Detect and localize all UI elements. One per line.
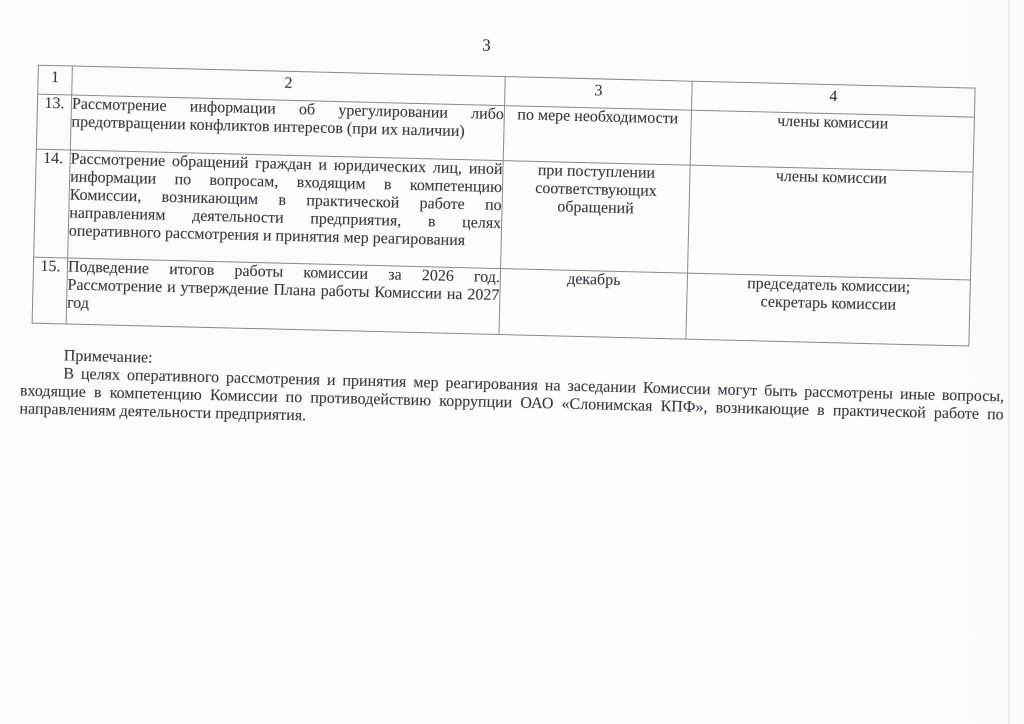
responsible-cell: члены комиссии [688,165,974,280]
scan-edge-artifact [1008,0,1010,724]
column-header-3: 3 [505,77,693,111]
activity-cell: Рассмотрение обращений граждан и юридиче… [68,150,504,269]
row-number: 14. [34,149,71,258]
timing-cell: декабрь [499,269,688,340]
work-plan-table: 1 2 3 4 13. Рассмотрение информации об у… [32,65,976,347]
timing-cell: по мере необходимости [503,106,691,166]
row-number: 13. [36,94,71,150]
column-header-1: 1 [38,65,73,95]
scanned-document-page: 3 1 2 3 4 13. Рассмотрение информации об… [0,0,1024,724]
row-number: 15. [32,257,68,324]
responsible-cell: члены комиссии [690,110,974,172]
timing-cell: при поступлении соответствующих обращени… [501,161,691,274]
page-number: 3 [9,24,963,67]
document-content: 3 1 2 3 4 13. Рассмотрение информации об… [10,20,1014,45]
activity-cell: Подведение итогов работы комиссии за 202… [66,258,500,335]
note-section: Примечание: В целях оперативного рассмот… [19,346,1004,442]
responsible-cell: председатель комиссии; секретарь комисси… [686,273,971,346]
